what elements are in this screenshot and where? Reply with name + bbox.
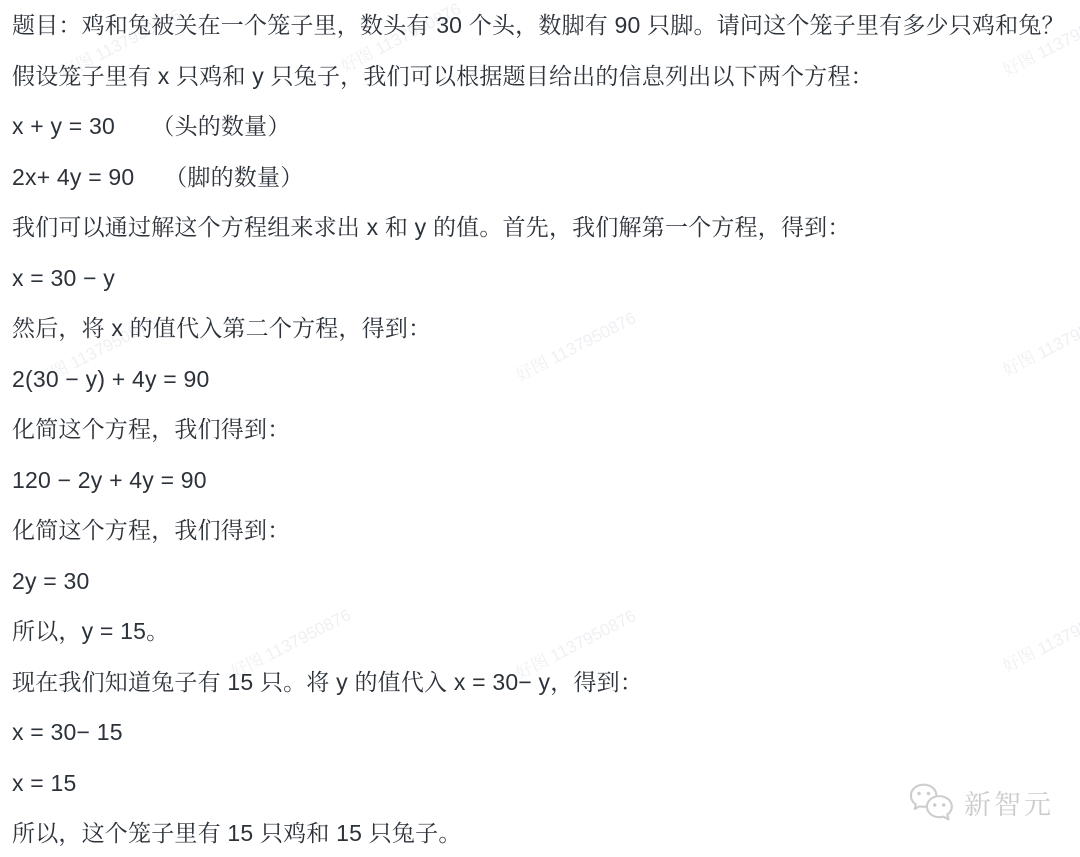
text-line-8: 2(30 − y) + 4y = 90 (12, 354, 1072, 405)
bubble-eye (927, 792, 931, 796)
wechat-bubbles-icon (908, 782, 956, 828)
text-line-15: x = 30− 15 (12, 707, 1072, 758)
article-body: 题目：鸡和兔被关在一个笼子里，数头有 30 个头，数脚有 90 只脚。请问这个笼… (12, 0, 1072, 857)
text-line-6: x = 30 − y (12, 253, 1072, 304)
bubble-eye (917, 792, 921, 796)
newzhiyuan-logo: 新智元 (908, 782, 1054, 828)
text-line-1: 题目：鸡和兔被关在一个笼子里，数头有 30 个头，数脚有 90 只脚。请问这个笼… (12, 0, 1072, 51)
article-page: { "document": { "lines": [ "题目：鸡和兔被关在一个笼… (0, 0, 1080, 857)
text-line-5: 我们可以通过解这个方程组来求出 x 和 y 的值。首先，我们解第一个方程，得到： (12, 202, 1072, 253)
text-line-2: 假设笼子里有 x 只鸡和 y 只兔子，我们可以根据题目给出的信息列出以下两个方程… (12, 51, 1072, 102)
text-line-10: 120 − 2y + 4y = 90 (12, 455, 1072, 506)
text-line-11: 化简这个方程，我们得到： (12, 505, 1072, 556)
text-line-3: x + y = 30 （头的数量） (12, 101, 1072, 152)
text-line-13: 所以，y = 15。 (12, 606, 1072, 657)
text-line-14: 现在我们知道兔子有 15 只。将 y 的值代入 x = 30− y，得到： (12, 657, 1072, 708)
text-line-7: 然后，将 x 的值代入第二个方程，得到： (12, 303, 1072, 354)
bubble-eye (942, 803, 946, 807)
bubble-eye (933, 803, 937, 807)
text-line-4: 2x+ 4y = 90 （脚的数量） (12, 152, 1072, 203)
text-line-9: 化简这个方程，我们得到： (12, 404, 1072, 455)
text-line-12: 2y = 30 (12, 556, 1072, 607)
logo-text: 新智元 (964, 792, 1054, 819)
